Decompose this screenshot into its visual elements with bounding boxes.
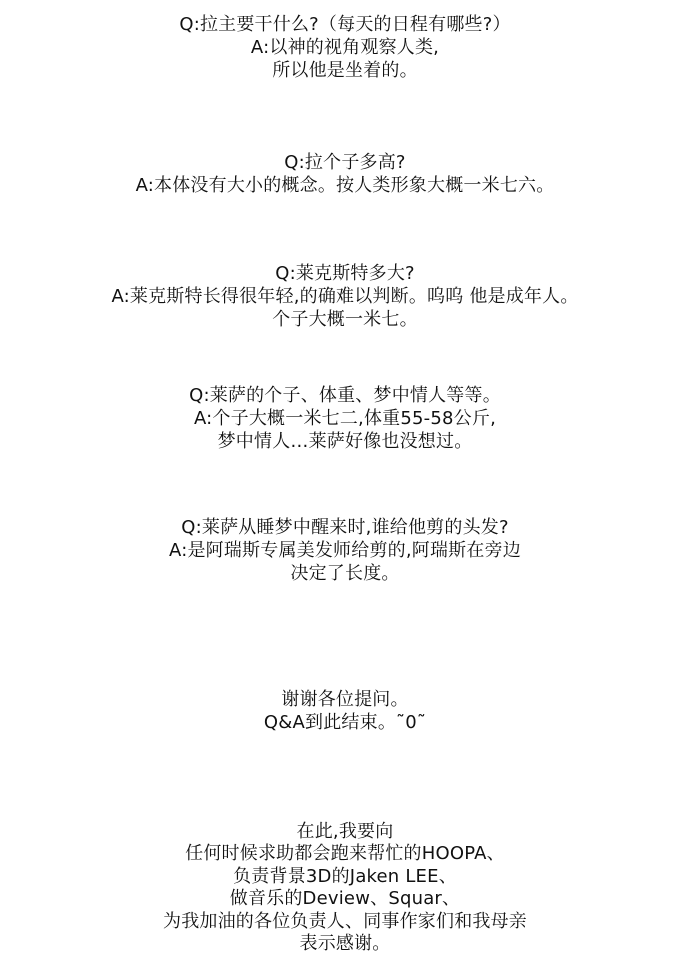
answer-line: A:莱克斯特长得很年轻,的确难以判断。呜呜 他是成年人。 <box>0 285 690 308</box>
credits-line: 做音乐的Deview、Squar、 <box>0 888 690 910</box>
qa-block-daily-routine: Q:拉主要干什么?（每天的日程有哪些?） A:以神的视角观察人类, 所以他是坐着… <box>0 13 690 82</box>
answer-line: 决定了长度。 <box>0 562 690 585</box>
credits-line: 在此,我要向 <box>0 821 690 843</box>
answer-line: A:个子大概一米七二,体重55-58公斤, <box>0 407 690 430</box>
closing-line: 谢谢各位提问。 <box>0 688 690 711</box>
question-line: Q:莱萨的个子、体重、梦中情人等等。 <box>0 384 690 407</box>
answer-line: A:以神的视角观察人类, <box>0 36 690 59</box>
answer-line: 所以他是坐着的。 <box>0 59 690 82</box>
credits-line: 表示感谢。 <box>0 933 690 955</box>
closing-line: Q&A到此结束。˜0˜ <box>0 711 690 734</box>
question-line: Q:莱克斯特多大? <box>0 262 690 285</box>
qa-block-lessa-stats: Q:莱萨的个子、体重、梦中情人等等。 A:个子大概一米七二,体重55-58公斤,… <box>0 384 690 453</box>
qa-block-ra-height: Q:拉个子多高? A:本体没有大小的概念。按人类形象大概一米七六。 <box>0 151 690 197</box>
question-line: Q:拉主要干什么?（每天的日程有哪些?） <box>0 13 690 36</box>
answer-line: A:是阿瑞斯专属美发师给剪的,阿瑞斯在旁边 <box>0 539 690 562</box>
answer-line: 梦中情人…莱萨好像也没想过。 <box>0 430 690 453</box>
credits-acknowledgement: 在此,我要向 任何时候求助都会跑来帮忙的HOOPA、 负责背景3D的Jaken … <box>0 821 690 955</box>
credits-line: 任何时候求助都会跑来帮忙的HOOPA、 <box>0 843 690 865</box>
answer-line: 个子大概一米七。 <box>0 308 690 331</box>
question-line: Q:拉个子多高? <box>0 151 690 174</box>
credits-line: 为我加油的各位负责人、同事作家们和我母亲 <box>0 911 690 933</box>
credits-line: 负责背景3D的Jaken LEE、 <box>0 866 690 888</box>
closing-message: 谢谢各位提问。 Q&A到此结束。˜0˜ <box>0 688 690 734</box>
answer-line: A:本体没有大小的概念。按人类形象大概一米七六。 <box>0 174 690 197</box>
qa-block-lexter-age: Q:莱克斯特多大? A:莱克斯特长得很年轻,的确难以判断。呜呜 他是成年人。 个… <box>0 262 690 331</box>
qa-afterword-page: Q:拉主要干什么?（每天的日程有哪些?） A:以神的视角观察人类, 所以他是坐着… <box>0 0 690 958</box>
question-line: Q:莱萨从睡梦中醒来时,谁给他剪的头发? <box>0 516 690 539</box>
qa-block-haircut: Q:莱萨从睡梦中醒来时,谁给他剪的头发? A:是阿瑞斯专属美发师给剪的,阿瑞斯在… <box>0 516 690 585</box>
